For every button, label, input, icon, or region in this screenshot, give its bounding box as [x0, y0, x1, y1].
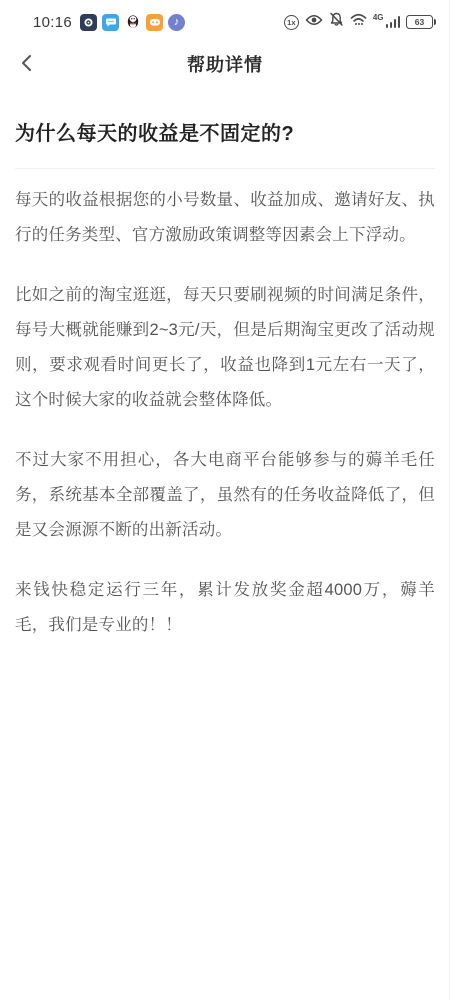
help-detail-screen: { "status_bar": { "time": "10:16", "app_…: [0, 0, 450, 1000]
settings-app-icon: [80, 14, 97, 31]
signal-bars-icon: [386, 16, 401, 28]
music-app-icon: ♪: [168, 14, 185, 31]
chevron-left-icon: [17, 53, 37, 76]
network-type-label: 4G: [373, 13, 384, 22]
article-heading: 为什么每天的收益是不固定的?: [15, 117, 435, 146]
back-button[interactable]: [10, 47, 44, 81]
messenger-app-icon: [102, 14, 119, 31]
cellular-signal-icon: 4G: [373, 16, 400, 28]
battery-icon: 63: [406, 15, 436, 29]
game-app-icon: [146, 14, 163, 31]
paragraph: 来钱快稳定运行三年，累计发放奖金超4000万，薅羊毛，我们是专业的！！: [15, 573, 435, 643]
status-bar: 10:16 ♪ 1x: [0, 0, 450, 38]
status-bar-left: 10:16 ♪: [33, 14, 185, 31]
data-saver-icon: 1x: [284, 15, 299, 30]
status-bar-right: 1x 4G 63: [284, 12, 436, 32]
page-title: 帮助详情: [187, 51, 263, 77]
article-content: 为什么每天的收益是不固定的? 每天的收益根据您的小号数量、收益加成、邀请好友、执…: [0, 117, 450, 643]
paragraph: 比如之前的淘宝逛逛，每天只要刷视频的时间满足条件，每号大概就能赚到2~3元/天，…: [15, 278, 435, 418]
nav-bar: 帮助详情: [0, 38, 450, 90]
article-body: 每天的收益根据您的小号数量、收益加成、邀请好友、执行的任务类型、官方激励政策调整…: [15, 169, 435, 643]
wifi-icon: [350, 13, 367, 31]
paragraph: 不过大家不用担心，各大电商平台能够参与的薅羊毛任务，系统基本全部覆盖了，虽然有的…: [15, 443, 435, 548]
battery-percent: 63: [406, 15, 433, 29]
notifications-muted-icon: [329, 12, 344, 32]
clock: 10:16: [33, 14, 72, 31]
qq-app-icon: [124, 14, 141, 31]
paragraph: 每天的收益根据您的小号数量、收益加成、邀请好友、执行的任务类型、官方激励政策调整…: [15, 183, 435, 253]
eye-protection-icon: [305, 13, 323, 31]
